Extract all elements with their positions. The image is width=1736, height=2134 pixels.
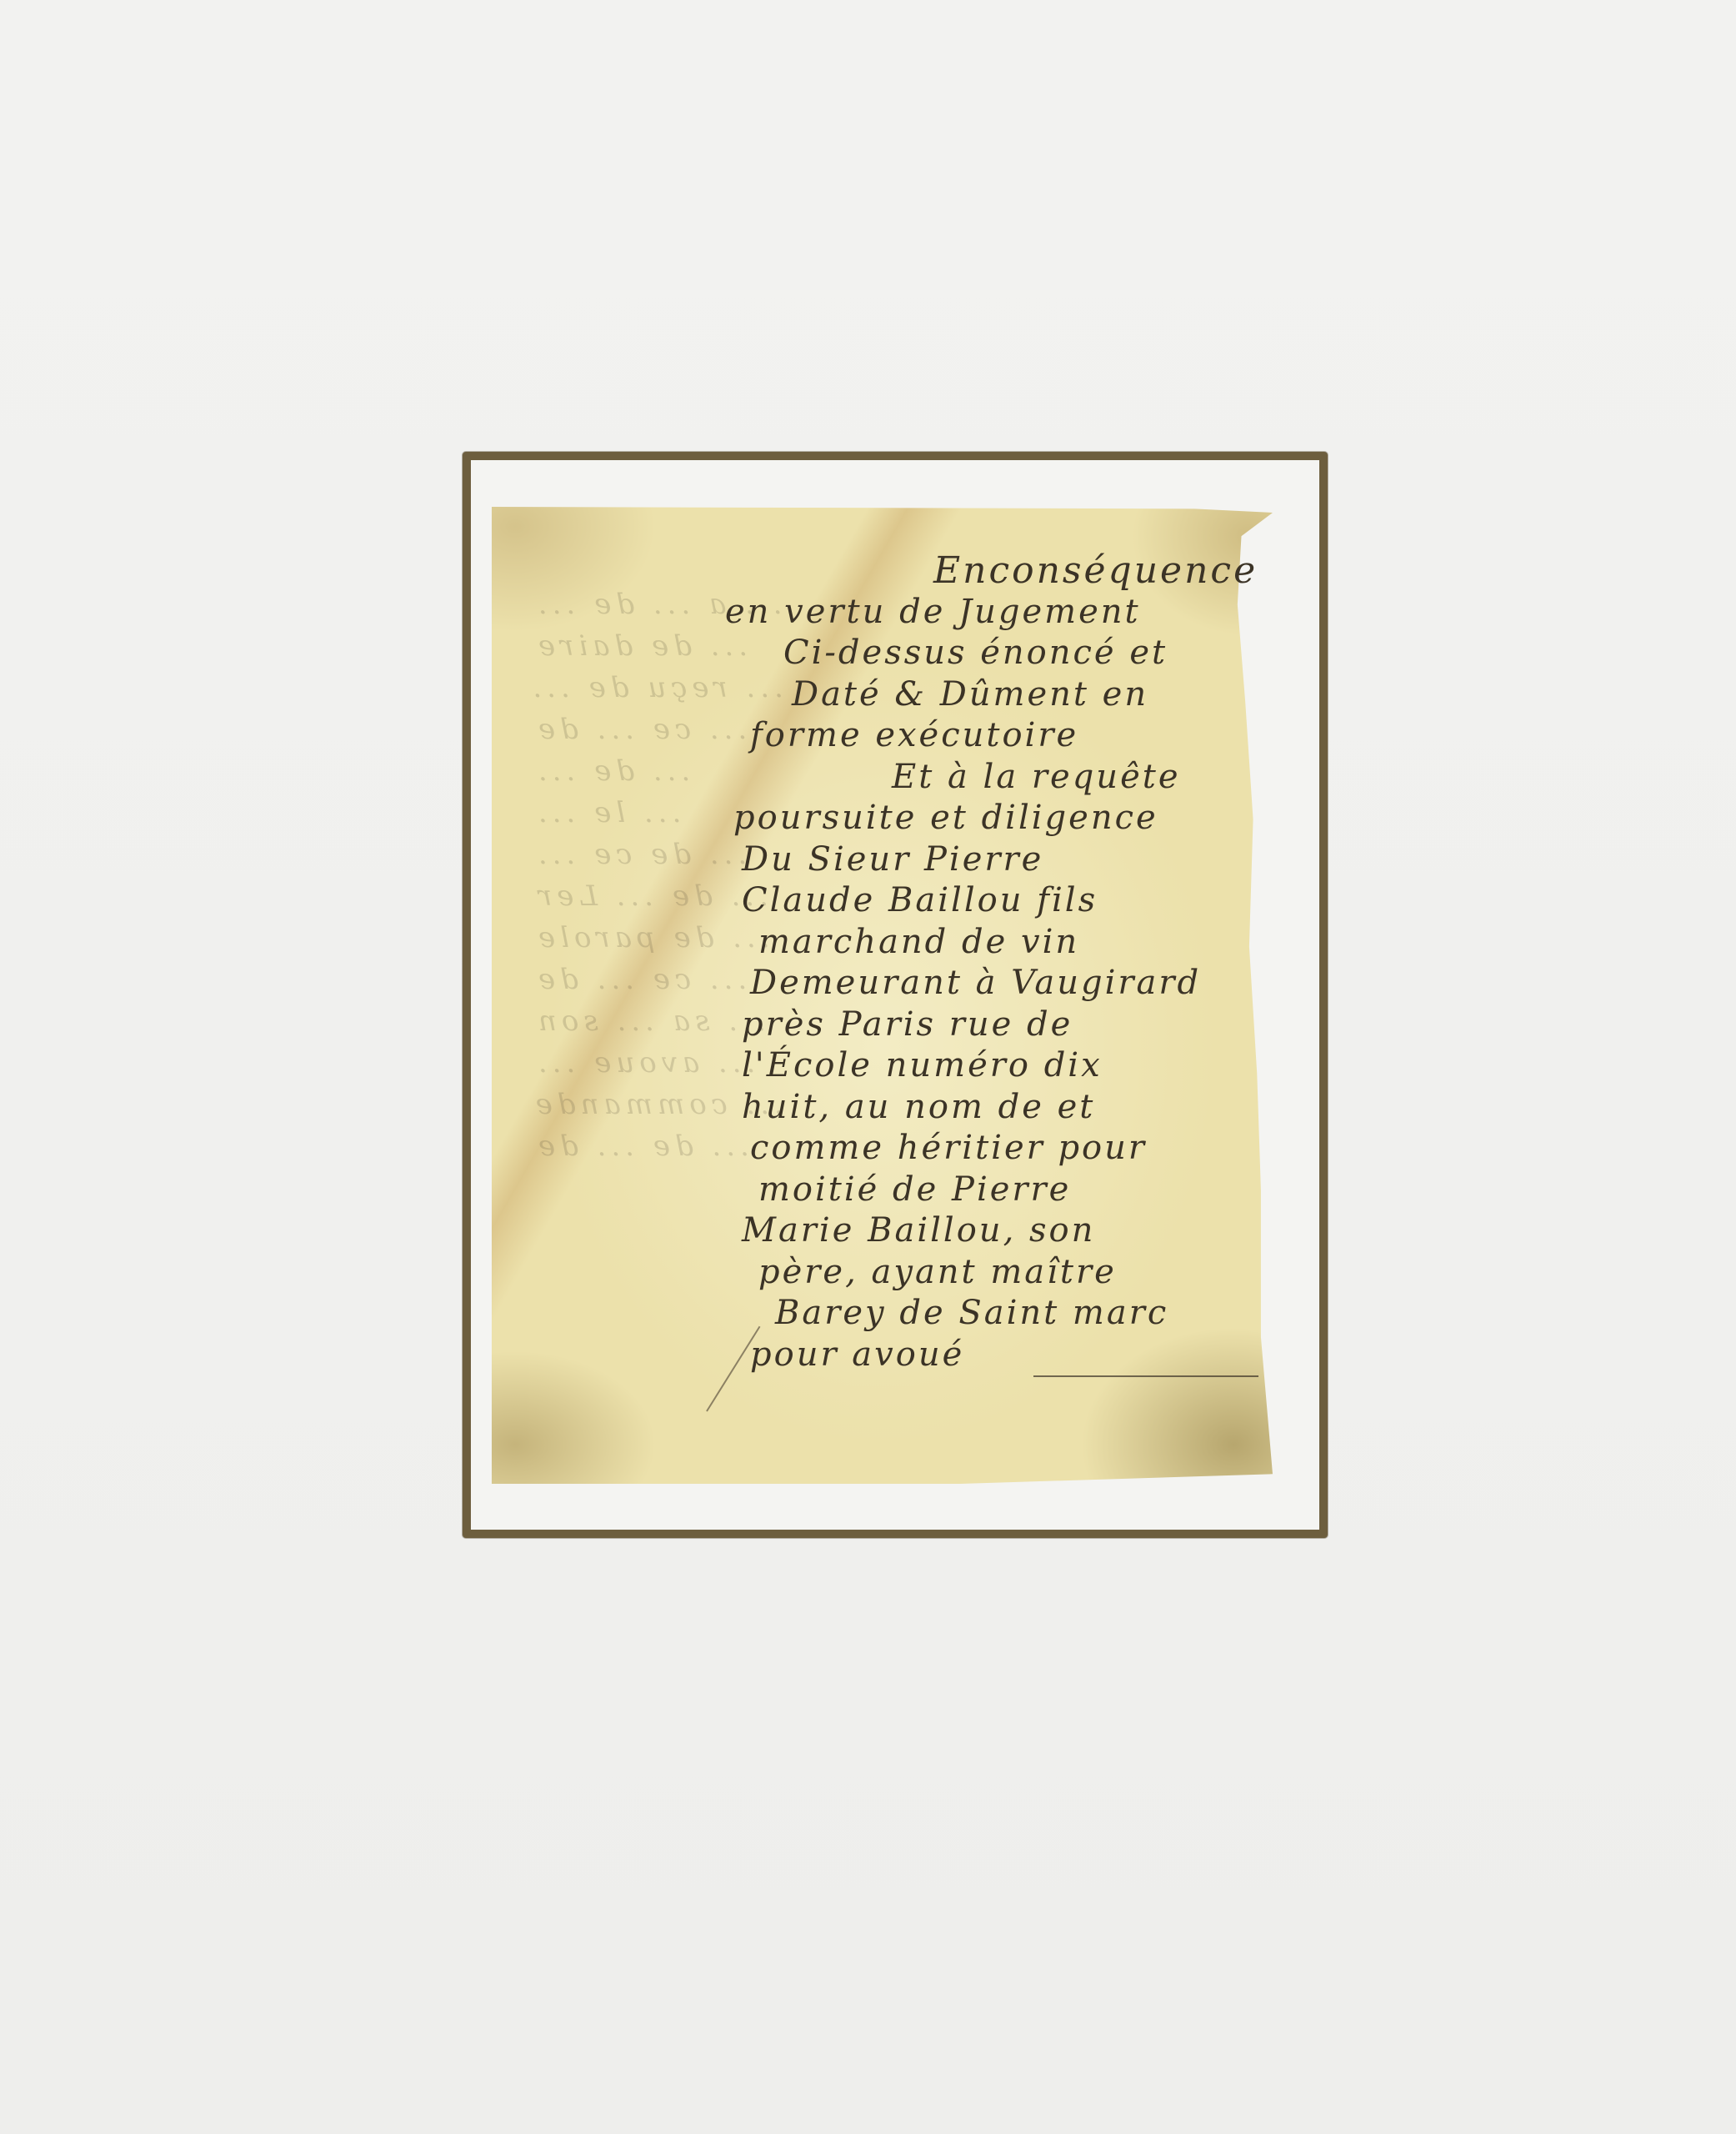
text-line: près Paris rue de	[708, 1004, 1258, 1046]
text-line: Daté & Dûment en	[708, 674, 1258, 716]
text-line: Et à la requête	[708, 757, 1258, 799]
text-line: huit, au nom de et	[708, 1087, 1258, 1129]
handwritten-text: Enconséquence en vertu de Jugement Ci-de…	[708, 550, 1258, 1375]
text-line: Marie Baillou, son	[708, 1210, 1258, 1252]
text-line: Ci-dessus énoncé et	[708, 633, 1258, 674]
text-line: pour avoué	[708, 1335, 1258, 1376]
text-line: l'École numéro dix	[708, 1045, 1258, 1087]
text-line: Demeurant à Vaugirard	[708, 963, 1258, 1004]
text-line: marchand de vin	[708, 922, 1258, 964]
text-line: forme exécutoire	[708, 715, 1258, 757]
text-line: poursuite et diligence	[708, 798, 1258, 839]
text-line: père, ayant maître	[708, 1252, 1258, 1294]
text-line: comme héritier pour	[708, 1128, 1258, 1170]
text-line: Claude Baillou fils	[708, 880, 1258, 922]
closing-flourish-line	[1033, 1375, 1258, 1377]
text-line: Enconséquence	[708, 550, 1258, 592]
text-line: en vertu de Jugement	[708, 592, 1258, 634]
text-line: Barey de Saint marc	[708, 1293, 1258, 1335]
text-line: Du Sieur Pierre	[708, 839, 1258, 881]
text-line: moitié de Pierre	[708, 1170, 1258, 1211]
